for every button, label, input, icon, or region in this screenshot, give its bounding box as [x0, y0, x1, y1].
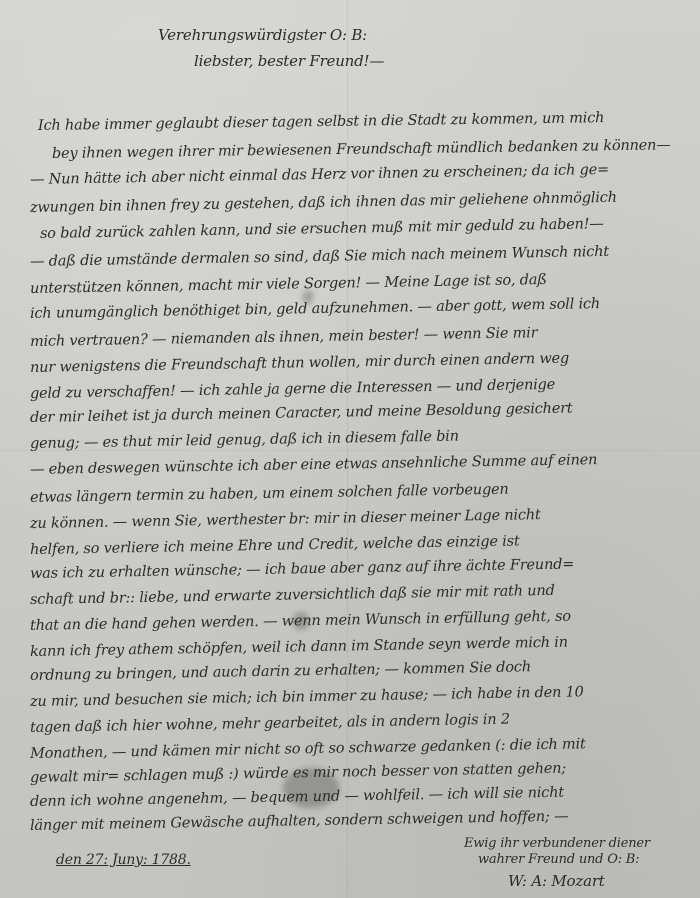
closing-line-2: wahrer Freund und O: B:: [478, 852, 639, 867]
closing-line-1: Ewig ihr verbundener diener: [464, 836, 650, 851]
salutation-line-2: liebster, bester Freund!—: [194, 52, 384, 70]
salutation-line-1: Verehrungswürdigster O: B:: [158, 26, 367, 44]
letter-date: den 27: Juny: 1788.: [56, 852, 191, 868]
paper-fold-vertical: [347, 0, 348, 898]
signature: W: A: Mozart: [508, 872, 605, 890]
